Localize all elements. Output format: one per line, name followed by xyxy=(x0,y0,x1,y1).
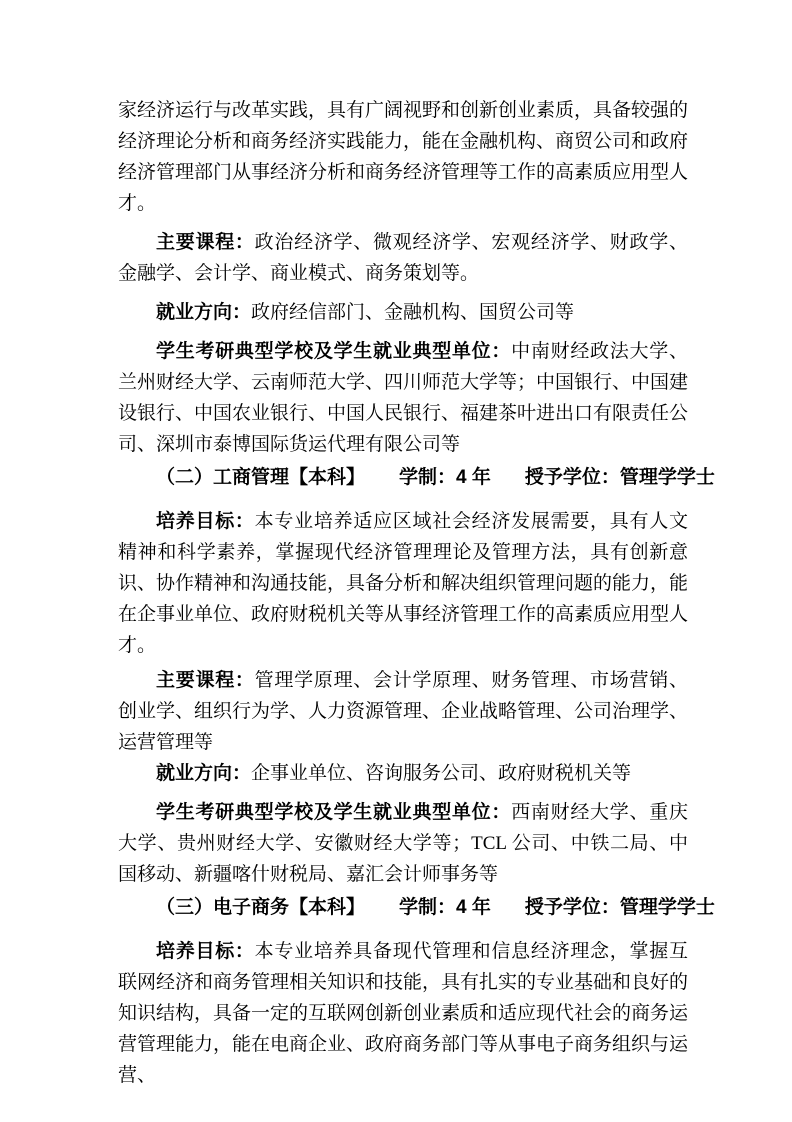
document-page: 家经济运行与改革实践，具有广阔视野和创新创业素质，具备较强的经济理论分析和商务经… xyxy=(0,0,792,1122)
paragraph-label: 就业方向： xyxy=(156,302,251,323)
section-duration: 学制：4 年 xyxy=(399,467,491,488)
paragraph-main-courses: 主要课程：政治经济学、微观经济学、宏观经济学、财政学、金融学、会计学、商业模式、… xyxy=(118,227,688,289)
paragraph-label: 主要课程： xyxy=(156,232,255,253)
intro-continuation-paragraph: 家经济运行与改革实践，具有广阔视野和创新创业素质，具备较强的经济理论分析和商务经… xyxy=(118,95,688,219)
paragraph-text: 政府经信部门、金融机构、国贸公司等 xyxy=(251,302,574,323)
paragraph-training-objectives: 培养目标：本专业培养适应区域社会经济发展需要，具有人文精神和科学素养，掌握现代经… xyxy=(118,506,688,661)
section-heading-e-commerce: （三）电子商务【本科】学制：4 年授予学位：管理学学士 xyxy=(118,892,688,923)
paragraph-label: 培养目标： xyxy=(156,941,255,962)
section-title: （三）电子商务【本科】 xyxy=(156,897,365,918)
section-duration: 学制：4 年 xyxy=(399,897,491,918)
section-degree: 授予学位：管理学学士 xyxy=(525,897,715,918)
paragraph-typical-units: 学生考研典型学校及学生就业典型单位：中南财经政法大学、兰州财经大学、云南师范大学… xyxy=(118,336,688,460)
paragraph-label: 培养目标： xyxy=(156,511,255,532)
paragraph-employment: 就业方向：企事业单位、咨询服务公司、政府财税机关等 xyxy=(118,758,688,789)
section-title: （二）工商管理【本科】 xyxy=(156,467,365,488)
paragraph-text: 本专业培养适应区域社会经济发展需要，具有人文精神和科学素养，掌握现代经济管理理论… xyxy=(118,511,688,656)
paragraph-text: 家经济运行与改革实践，具有广阔视野和创新创业素质，具备较强的经济理论分析和商务经… xyxy=(118,100,688,214)
section-degree: 授予学位：管理学学士 xyxy=(525,467,715,488)
paragraph-typical-units: 学生考研典型学校及学生就业典型单位：西南财经大学、重庆大学、贵州财经大学、安徽财… xyxy=(118,797,688,890)
paragraph-label: 学生考研典型学校及学生就业典型单位： xyxy=(156,341,511,362)
paragraph-label: 主要课程： xyxy=(156,670,255,691)
paragraph-training-objectives: 培养目标：本专业培养具备现代管理和信息经济理念，掌握互联网经济和商务管理相关知识… xyxy=(118,936,688,1091)
paragraph-text: 企事业单位、咨询服务公司、政府财税机关等 xyxy=(251,763,631,784)
paragraph-label: 学生考研典型学校及学生就业典型单位： xyxy=(156,802,511,823)
paragraph-label: 就业方向： xyxy=(156,763,251,784)
paragraph-text: 本专业培养具备现代管理和信息经济理念，掌握互联网经济和商务管理相关知识和技能，具… xyxy=(118,941,688,1086)
paragraph-main-courses: 主要课程：管理学原理、会计学原理、财务管理、市场营销、创业学、组织行为学、人力资… xyxy=(118,665,688,758)
paragraph-employment: 就业方向：政府经信部门、金融机构、国贸公司等 xyxy=(118,297,688,328)
section-heading-business-administration: （二）工商管理【本科】学制：4 年授予学位：管理学学士 xyxy=(118,462,688,493)
